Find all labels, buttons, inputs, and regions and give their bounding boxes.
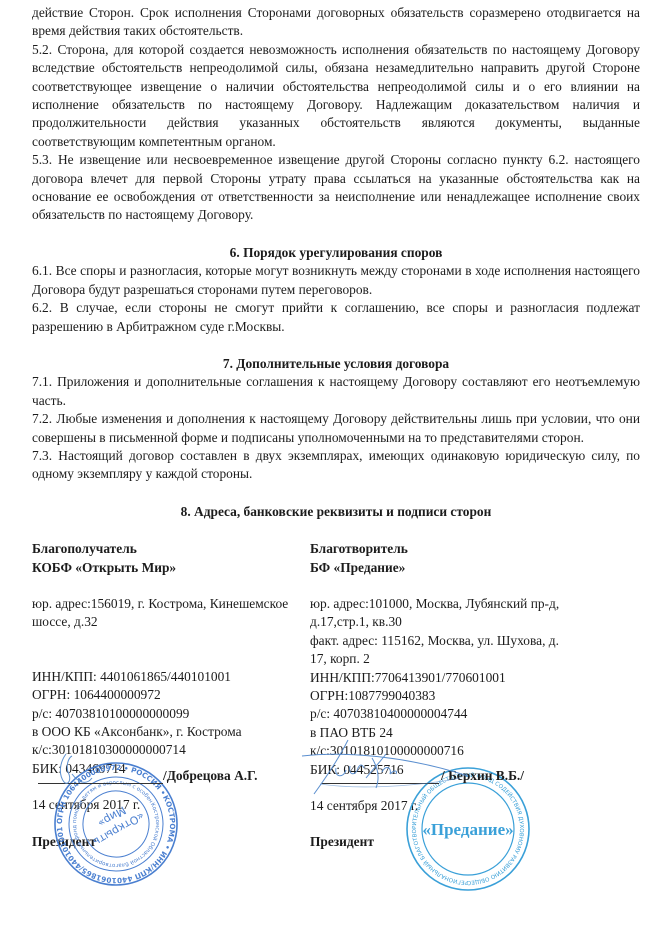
beneficiary-address-2: шоссе, д.32 [32,613,302,631]
benefactor-address-2: д.17,стр.1, кв.30 [310,613,610,631]
beneficiary-org: КОБФ «Открыть Мир» [32,559,302,577]
clause-7-3: 7.3. Настоящий договор составлен в двух … [32,447,640,484]
beneficiary-handwritten-signature [52,752,112,802]
clause-7-2: 7.2. Любые изменения и дополнения к наст… [32,410,640,447]
benefactor-stamp-center: «Предание» [422,820,513,839]
clause-6-1: 6.1. Все споры и разногласия, которые мо… [32,262,640,299]
section-6-title: 6. Порядок урегулирования споров [32,244,640,262]
beneficiary-account: р/с: 40703810100000000099 [32,705,302,723]
benefactor-handwritten-signature [300,738,475,803]
benefactor-account: р/с: 40703810400000004744 [310,705,610,723]
clause-7-1: 7.1. Приложения и дополнительные соглаше… [32,373,640,410]
clause-5-2: 5.2. Сторона, для которой создается нево… [32,41,640,151]
benefactor-actual-address-1: факт. адрес: 115162, Москва, ул. Шухова,… [310,632,610,650]
document-page: действие Сторон. Срок исполнения Сторона… [32,4,640,852]
beneficiary-role: Благополучатель [32,540,302,558]
clause-5-1-continuation: действие Сторон. Срок исполнения Сторона… [32,4,640,41]
benefactor-org: БФ «Предание» [310,559,610,577]
benefactor-actual-address-2: 17, корп. 2 [310,650,610,668]
beneficiary-ogrn: ОГРН: 1064400000972 [32,686,302,704]
section-8-title: 8. Адреса, банковские реквизиты и подпис… [32,503,640,521]
clause-5-3: 5.3. Не извещение или несвоевременное из… [32,151,640,225]
clause-6-2: 6.2. В случае, если стороны не смогут пр… [32,299,640,336]
benefactor-role: Благотворитель [310,540,610,558]
benefactor-address-1: юр. адрес:101000, Москва, Лубянский пр-д… [310,595,610,613]
beneficiary-signatory: /Добрецова А.Г. [163,768,257,784]
section-7-title: 7. Дополнительные условия договора [32,355,640,373]
benefactor-inn-kpp: ИНН/КПП:7706413901/770601001 [310,669,610,687]
beneficiary-address-1: юр. адрес:156019, г. Кострома, Кинешемск… [32,595,302,613]
beneficiary-inn-kpp: ИНН/КПП: 4401061865/440101001 [32,668,302,686]
beneficiary-bank: в ООО КБ «Аксонбанк», г. Кострома [32,723,302,741]
benefactor-ogrn: ОГРН:1087799040383 [310,687,610,705]
